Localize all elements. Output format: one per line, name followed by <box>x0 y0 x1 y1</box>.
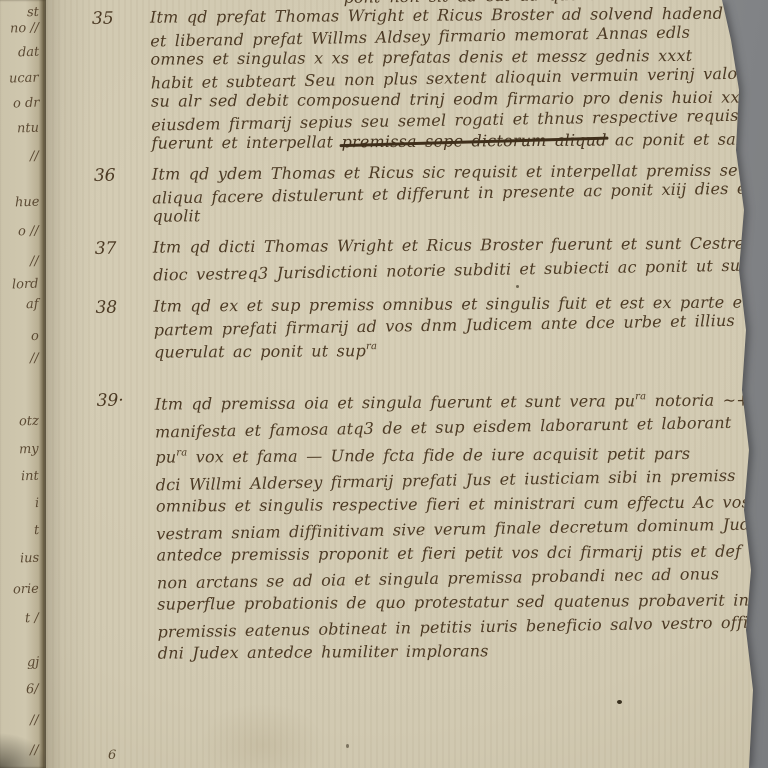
paragraph-number: 36 <box>48 165 152 187</box>
margin-fragment: ucar <box>9 71 39 86</box>
margin-fragment: // <box>30 744 39 758</box>
paragraph-37: 37Itm qd dicti Thomas Wright et Ricus Br… <box>49 231 768 286</box>
ink-speck <box>516 285 519 288</box>
paragraph-38: 38Itm qd ex et sup premiss omnibus et si… <box>49 290 768 366</box>
ink-speck <box>346 744 349 748</box>
paragraph-list: 35Itm qd prefat Thomas Wright et Ricus B… <box>46 1 768 669</box>
margin-fragment: 6/ <box>26 683 39 697</box>
margin-fragment: t <box>34 524 40 538</box>
manuscript-page: pont non sit ad sat ad quolit ~ 35Itm qd… <box>46 0 768 768</box>
paragraph-number: 35 <box>46 8 150 30</box>
margin-fragment: o // <box>18 225 39 240</box>
margin-fragment: int <box>21 470 39 485</box>
margin-fragment: // <box>30 150 39 164</box>
paragraph-lines: Itm qd premissa oia et singula fuerunt e… <box>155 383 768 668</box>
margin-fragment: dat <box>17 46 39 61</box>
margin-fragment: no // <box>10 21 40 36</box>
paragraph-number: 37 <box>49 238 153 260</box>
paragraph-39: 39·Itm qd premissa oia et singula fuerun… <box>51 383 768 669</box>
margin-fragment: st <box>27 6 39 20</box>
paragraph-number: 39· <box>51 390 155 412</box>
margin-fragment: my <box>19 443 39 458</box>
margin-fragment: // <box>30 255 39 269</box>
paragraph-number: 38 <box>49 297 153 319</box>
paragraph-35: 35Itm qd prefat Thomas Wright et Ricus B… <box>46 1 768 157</box>
manuscript-line: quolit <box>152 201 748 226</box>
margin-fragment: o <box>31 330 39 344</box>
paragraph-lines: Itm qd prefat Thomas Wright et Ricus Bro… <box>150 1 768 156</box>
margin-fragment: gj <box>26 656 39 670</box>
margin-fragment: otz <box>19 415 39 430</box>
margin-fragment: i <box>35 497 40 511</box>
adjacent-page-edge: stno //datucaro drntu//hueo ////lordafo/… <box>0 0 46 768</box>
margin-fragment: ius <box>20 552 40 567</box>
folio-mark: 6 <box>108 748 116 763</box>
margin-fragment: lord <box>12 278 39 293</box>
manuscript-line: fuerunt et interpellat premissa sepe dic… <box>151 128 747 153</box>
margin-fragment: t / <box>25 612 39 626</box>
photo-scene: stno //datucaro drntu//hueo ////lordafo/… <box>0 0 768 768</box>
margin-fragment: orie <box>13 583 39 598</box>
margin-fragment: o dr <box>12 97 39 112</box>
manuscript-line: dni Judex antedce humiliter implorans <box>158 637 754 666</box>
paragraph-lines: Itm qd dicti Thomas Wright et Ricus Bros… <box>153 231 768 285</box>
margin-fragment: af <box>26 298 39 312</box>
paragraph-36: 36Itm qd ydem Thomas et Ricus sic requis… <box>48 158 768 230</box>
manuscript-line: querulat ac ponit ut supra <box>154 333 750 362</box>
ink-speck <box>617 700 622 704</box>
margin-fragment: ntu <box>17 122 39 137</box>
margin-fragment: // <box>30 352 39 366</box>
paragraph-lines: Itm qd ex et sup premiss omnibus et sing… <box>153 290 768 365</box>
paragraph-lines: Itm qd ydem Thomas et Ricus sic requisit… <box>152 158 768 229</box>
margin-fragment: hue <box>14 196 39 211</box>
manuscript-page-wrap: pont non sit ad sat ad quolit ~ 35Itm qd… <box>46 0 768 768</box>
struck-text: premissa sepe dictorum aliqud <box>341 130 606 151</box>
margin-fragment: // <box>30 714 39 728</box>
